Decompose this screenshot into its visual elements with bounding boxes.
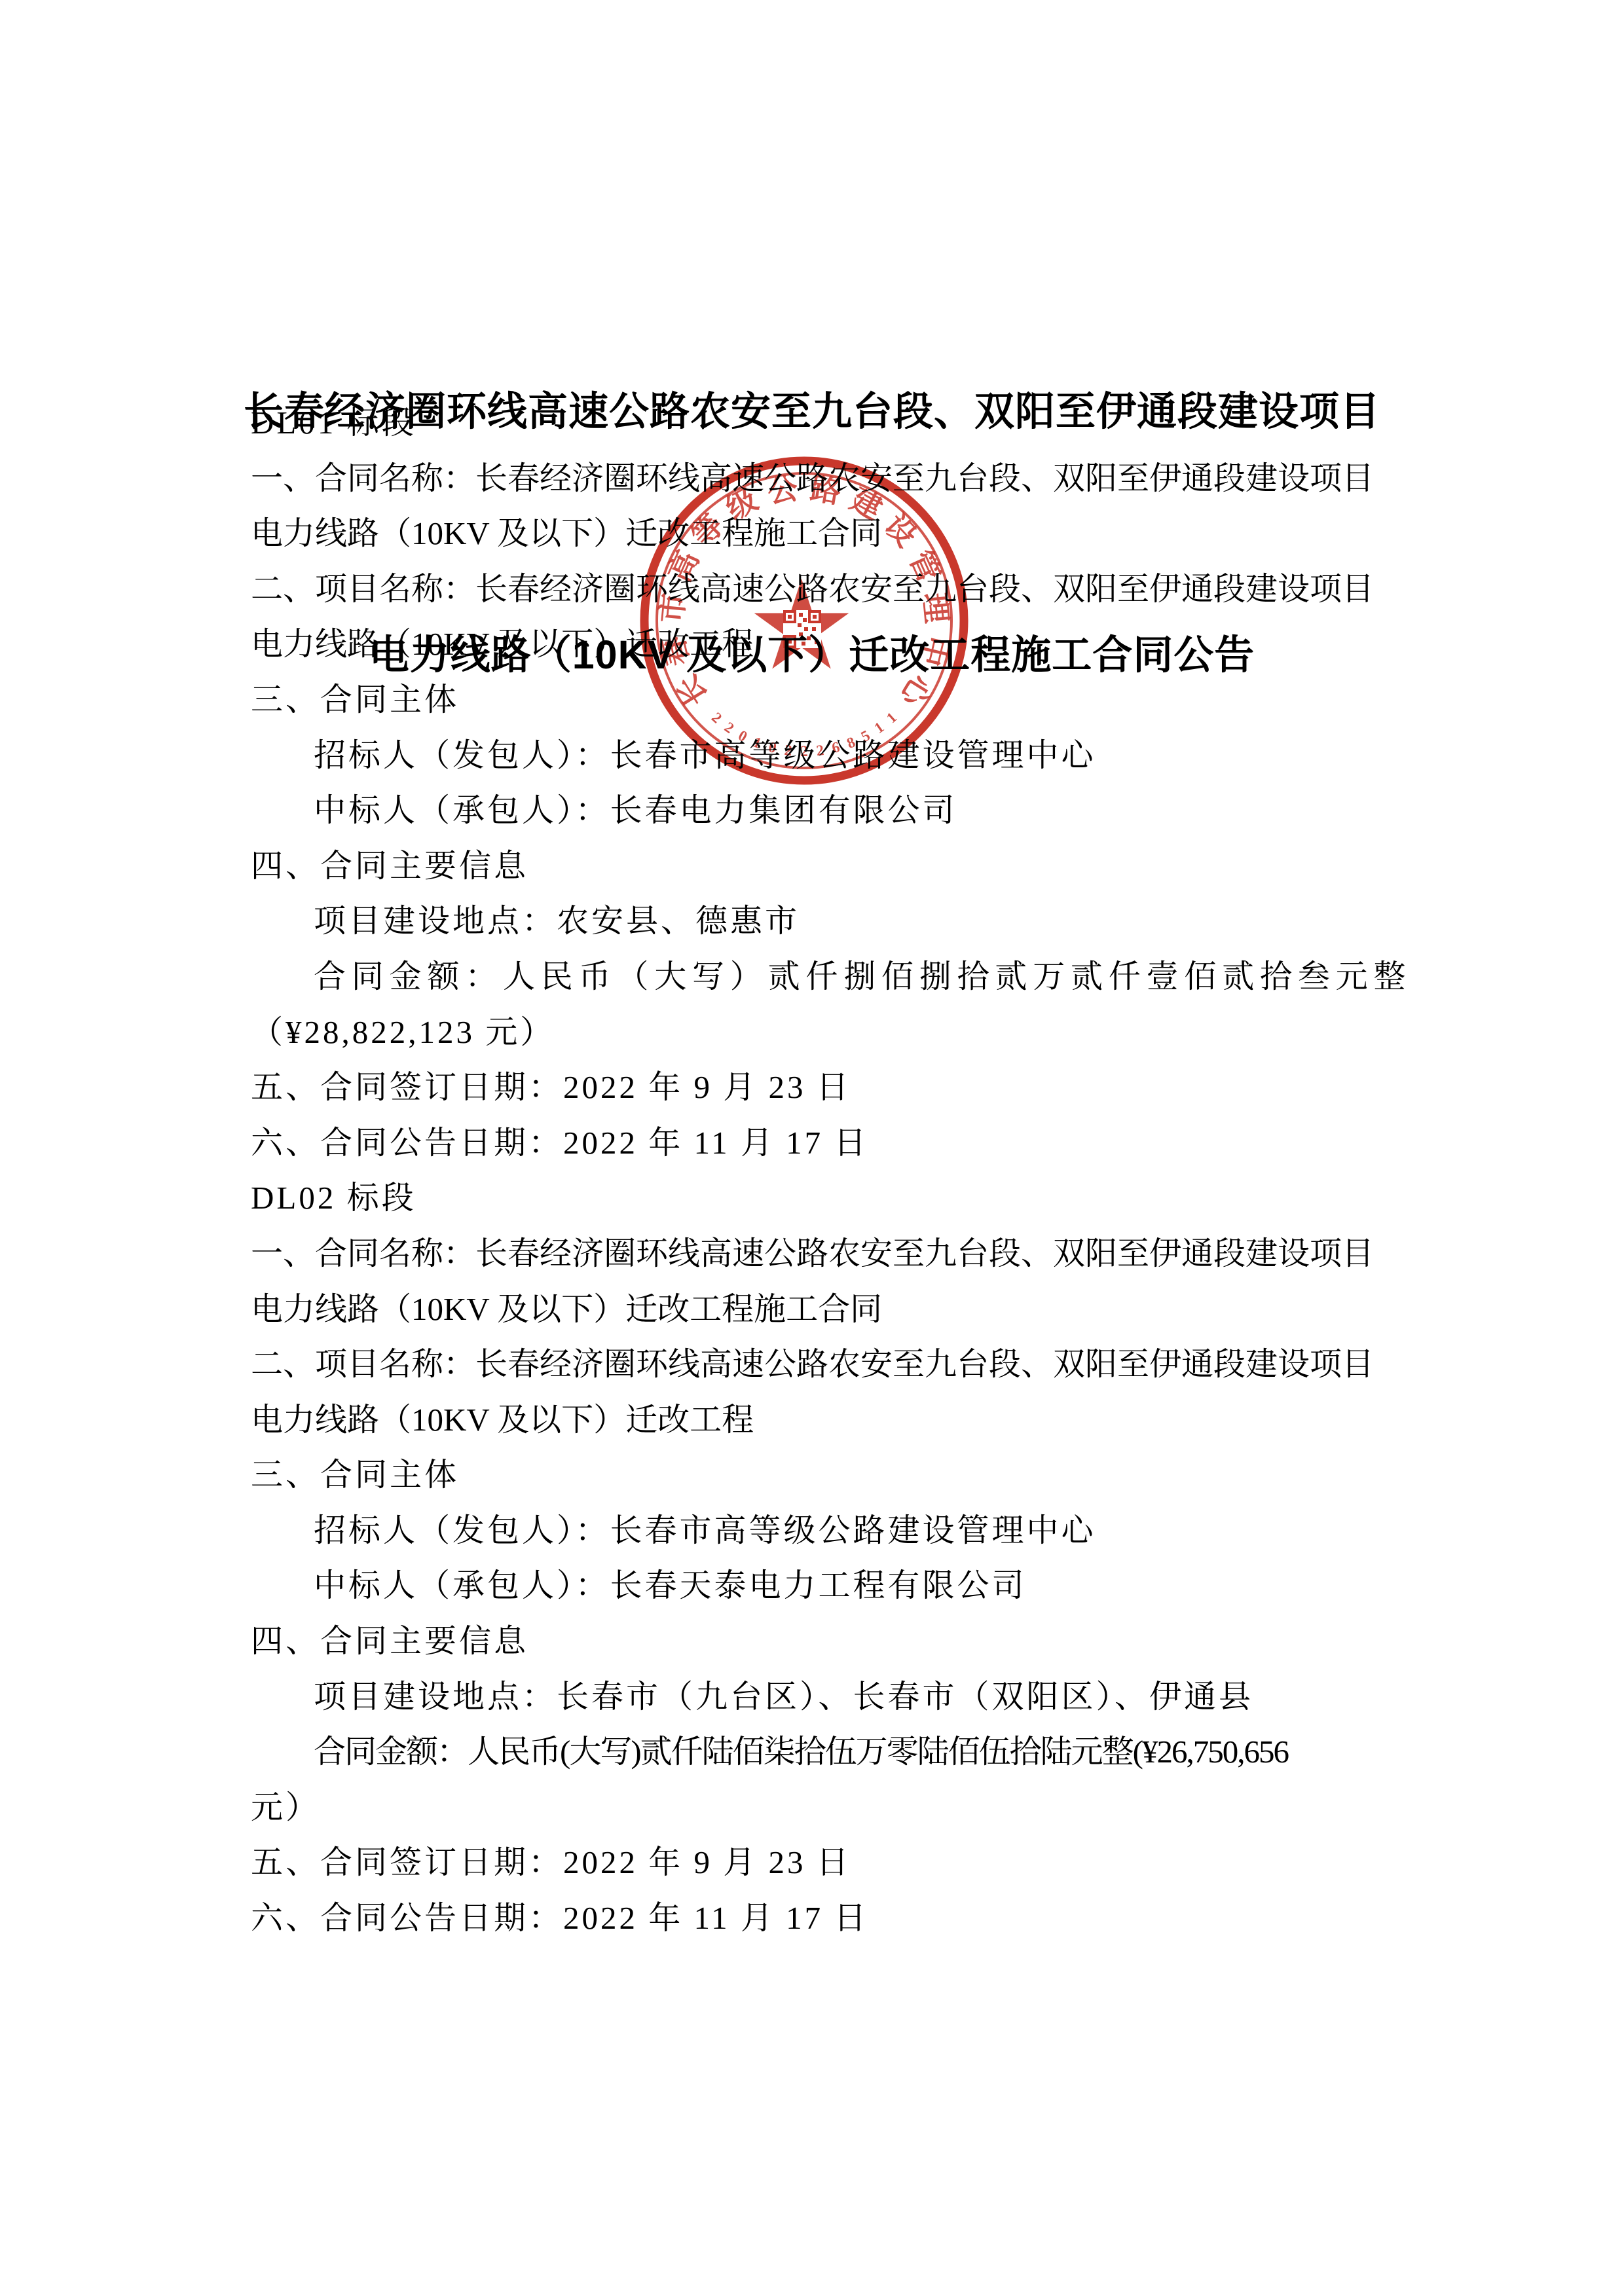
svg-text:2: 2 <box>722 719 737 737</box>
body-line: 三、合同主体 <box>251 1448 1373 1503</box>
svg-text:公: 公 <box>765 471 800 509</box>
body-line: 项目建设地点：农安县、德惠市 <box>251 894 1373 949</box>
svg-text:春: 春 <box>656 632 695 669</box>
body-line: 六、合同公告日期：2022 年 11 月 17 日 <box>251 1891 1373 1946</box>
svg-text:8: 8 <box>845 734 858 752</box>
svg-text:级: 级 <box>721 483 764 526</box>
svg-text:1: 1 <box>751 734 764 752</box>
svg-text:6: 6 <box>830 738 841 756</box>
body-line: 二、项目名称：长春经济圈环线高速公路农安至九台段、双阳至伊通段建设项目 <box>251 1337 1373 1393</box>
body-line: 五、合同签订日期：2022 年 9 月 23 日 <box>251 1060 1373 1116</box>
svg-text:管: 管 <box>903 546 946 587</box>
svg-text:2: 2 <box>783 742 792 759</box>
svg-text:2: 2 <box>815 742 824 759</box>
body-line: 一、合同名称：长春经济圈环线高速公路农安至九台段、双阳至伊通段建设项目 <box>251 1226 1373 1282</box>
svg-text:0: 0 <box>735 727 750 744</box>
body-line: 元） <box>251 1780 1373 1836</box>
contract-announcement-page: 长春经济圈环线高速公路农安至九台段、双阳至伊通段建设项目 电力线路（10KV 及… <box>0 0 1624 2296</box>
svg-text:设: 设 <box>878 508 923 553</box>
svg-text:2: 2 <box>800 743 808 759</box>
body-line: 五、合同签订日期：2022 年 9 月 23 日 <box>251 1835 1373 1891</box>
official-seal: 长春市高等级公路建设管理中心 2201022268511 <box>608 424 1001 817</box>
body-line: DL02 标段 <box>251 1171 1373 1226</box>
svg-text:等: 等 <box>685 508 730 553</box>
body-line: 四、合同主要信息 <box>251 1614 1373 1669</box>
svg-text:建: 建 <box>845 483 888 526</box>
svg-text:2: 2 <box>709 709 725 726</box>
seal-qr-code <box>783 610 821 648</box>
body-line: （¥28,822,123 元） <box>251 1005 1373 1061</box>
body-line: 电力线路（10KV 及以下）迁改工程 <box>251 1393 1373 1448</box>
svg-text:中: 中 <box>913 632 952 669</box>
svg-text:5: 5 <box>858 727 873 744</box>
svg-text:长: 长 <box>670 669 714 712</box>
svg-text:路: 路 <box>808 471 843 509</box>
body-line: 项目建设地点：长春市（九台区）、长春市（双阳区）、伊通县 <box>251 1669 1373 1725</box>
body-line: 中标人（承包人）：长春天泰电力工程有限公司 <box>251 1558 1373 1614</box>
body-line: 四、合同主要信息 <box>251 839 1373 894</box>
svg-text:高: 高 <box>663 546 705 587</box>
svg-text:心: 心 <box>893 669 938 714</box>
body-line: 合同金额：人民币（大写）贰仟捌佰捌拾贰万贰仟壹佰贰拾叁元整 <box>251 949 1373 1005</box>
body-line: 合同金额：人民币(大写)贰仟陆佰柒拾伍万零陆佰伍拾陆元整(¥26,750,656 <box>251 1724 1373 1780</box>
svg-text:1: 1 <box>883 709 900 726</box>
body-line: 招标人（发包人）：长春市高等级公路建设管理中心 <box>251 1503 1373 1559</box>
body-line: 六、合同公告日期：2022 年 11 月 17 日 <box>251 1116 1373 1171</box>
svg-text:理: 理 <box>917 591 953 625</box>
body-line: 电力线路（10KV 及以下）迁改工程施工合同 <box>251 1282 1373 1338</box>
svg-text:1: 1 <box>872 719 887 737</box>
svg-text:0: 0 <box>767 738 778 756</box>
svg-text:市: 市 <box>655 591 691 625</box>
